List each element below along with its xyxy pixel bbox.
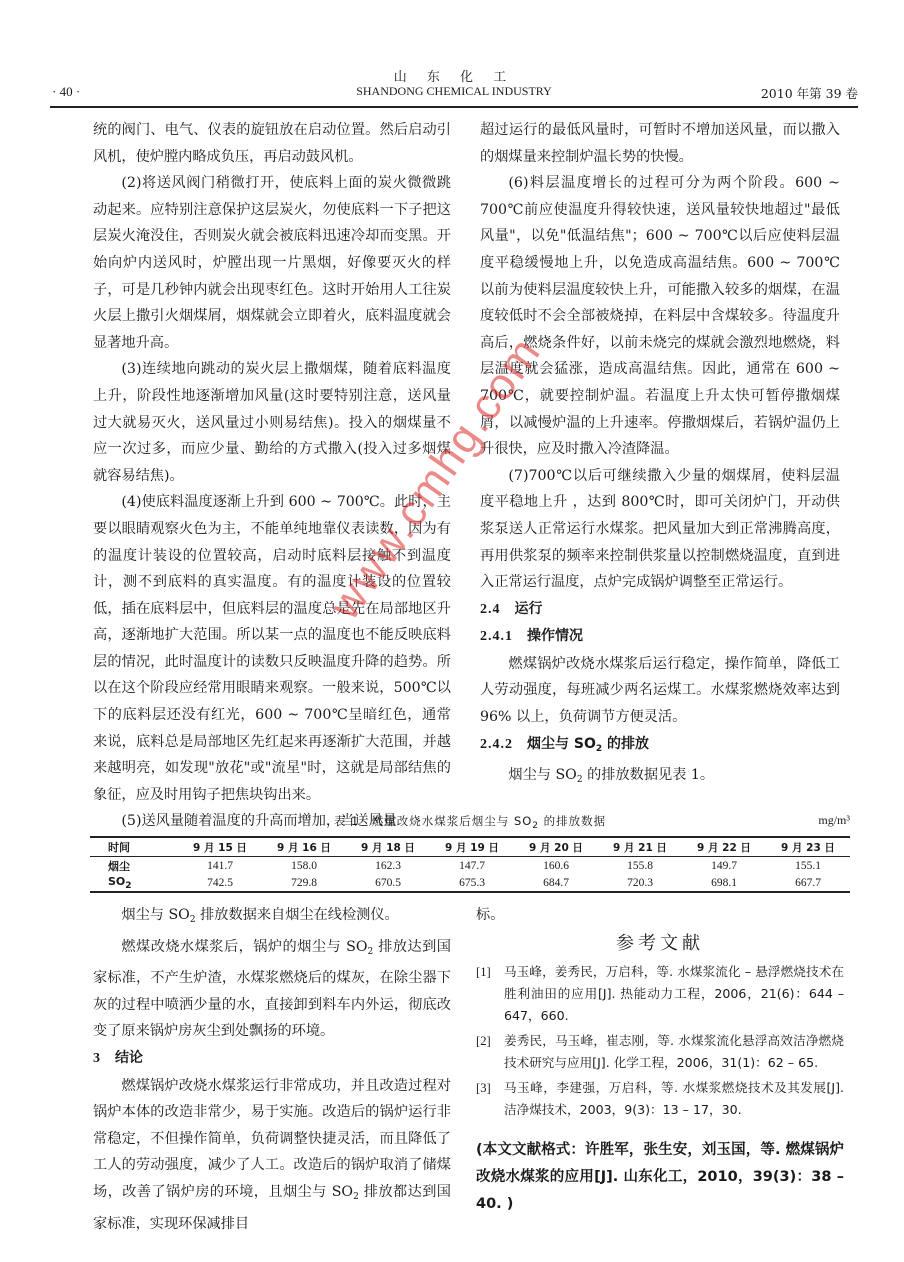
section-title-rest: 的排放 bbox=[602, 736, 649, 752]
table-cell: 155.8 bbox=[598, 857, 682, 875]
section-heading-2-4-2: 2.4.2烟尘与 SO2 的排放 bbox=[480, 731, 840, 763]
volume-info: 2010 年第 39 卷 bbox=[761, 84, 858, 102]
emission-table: 时间 9 月 15 日 9 月 16 日 9 月 18 日 9 月 19 日 9… bbox=[90, 836, 850, 893]
left-column-bottom: 烟尘与 SO2 排放数据来自烟尘在线检测仪。 燃煤改烧水煤浆后，锅炉的烟尘与 S… bbox=[93, 902, 451, 1237]
paragraph-conclusion: 燃煤锅炉改烧水煤浆运行非常成功，并且改造过程对锅炉本体的改造非常少，易于实施。改… bbox=[93, 1073, 451, 1238]
table-cell: 670.5 bbox=[346, 874, 430, 892]
paragraph-step-4: (4)使底料温度逐渐上升到 600 ~ 700℃。此时，主要以眼睛观察火色为主，… bbox=[93, 489, 451, 808]
section-title: 烟尘与 SO bbox=[527, 736, 596, 752]
paragraph-operation: 燃煤锅炉改烧水煤浆后运行稳定，操作简单，降低工人劳动强度，每班减少两名运煤工。水… bbox=[480, 651, 840, 731]
table-row: SO2 742.5 729.8 670.5 675.3 684.7 720.3 … bbox=[90, 874, 850, 892]
header-rule bbox=[50, 106, 858, 108]
text: 的排放数据 bbox=[539, 814, 606, 828]
section-title: 运行 bbox=[515, 601, 543, 617]
text: 燃煤锅炉改烧水煤浆运行非常成功，并且改造过程对锅炉本体的改造非常少，易于实施。改… bbox=[93, 1078, 451, 1200]
journal-title-cn: 山 东 化 工 bbox=[50, 66, 858, 85]
header-cell: 9 月 19 日 bbox=[430, 837, 514, 857]
paragraph: 统的阀门、电气、仪表的旋钮放在启动位置。然后启动引风机，使炉膛内略成负压，再启动… bbox=[93, 117, 451, 170]
section-number: 2.4.1 bbox=[480, 629, 513, 644]
table-cell: 149.7 bbox=[682, 857, 766, 875]
right-column-top: 超过运行的最低风量时，可暂时不增加送风量，而以撒入的烟煤量来控制炉温长势的快慢。… bbox=[480, 117, 840, 794]
text: 烟尘 bbox=[108, 860, 130, 873]
table-cell: 698.1 bbox=[682, 874, 766, 892]
paragraph: 超过运行的最低风量时，可暂时不增加送风量，而以撒入的烟煤量来控制炉温长势的快慢。 bbox=[480, 117, 840, 170]
table-cell: 158.0 bbox=[262, 857, 346, 875]
header-cell: 9 月 20 日 bbox=[514, 837, 598, 857]
paragraph-step-2: (2)将送风阀门稍微打开，使底料上面的炭火微微跳动起来。应特别注意保护这层炭火，… bbox=[93, 170, 451, 356]
table-cell: 684.7 bbox=[514, 874, 598, 892]
reference-tag: [3] bbox=[476, 1077, 491, 1099]
running-header: · 40 · 山 东 化 工 SHANDONG CHEMICAL INDUSTR… bbox=[50, 64, 858, 106]
table-row: 烟尘 141.7 158.0 162.3 147.7 160.6 155.8 1… bbox=[90, 857, 850, 875]
header-cell: 9 月 16 日 bbox=[262, 837, 346, 857]
table-cell: 155.1 bbox=[766, 857, 850, 875]
section-number: 2.4 bbox=[480, 602, 501, 617]
reference-text: 马玉峰，李建强，万启科，等. 水煤浆燃烧技术及其发展[J]. 洁净煤技术，200… bbox=[504, 1080, 844, 1117]
reference-item: [2] 姜秀民，马玉峰，崔志刚，等. 水煤浆流化悬浮高效洁净燃烧技术研究与应用[… bbox=[476, 1030, 844, 1074]
table-header-row: 时间 9 月 15 日 9 月 16 日 9 月 18 日 9 月 19 日 9… bbox=[90, 837, 850, 857]
header-cell: 9 月 22 日 bbox=[682, 837, 766, 857]
reference-text: 马玉峰，姜秀民，万启科，等. 水煤浆流化 – 悬浮燃烧技术在胜利油田的应用[J]… bbox=[504, 964, 844, 1023]
subscript: 2 bbox=[125, 881, 131, 891]
paragraph-step-6: (6)料层温度增长的过程可分为两个阶段。600 ~ 700℃前应使温度升得较快速… bbox=[480, 170, 840, 463]
table-cell: 147.7 bbox=[430, 857, 514, 875]
references-title: 参考文献 bbox=[476, 931, 844, 958]
reference-text: 姜秀民，马玉峰，崔志刚，等. 水煤浆流化悬浮高效洁净燃烧技术研究与应用[J]. … bbox=[504, 1033, 844, 1070]
row-label: 烟尘 bbox=[90, 857, 178, 875]
table-cell: 667.7 bbox=[766, 874, 850, 892]
reference-item: [3] 马玉峰，李建强，万启科，等. 水煤浆燃烧技术及其发展[J]. 洁净煤技术… bbox=[476, 1077, 844, 1121]
paragraph-data-source: 烟尘与 SO2 排放数据来自烟尘在线检测仪。 bbox=[93, 902, 451, 934]
row-label: SO2 bbox=[90, 874, 178, 892]
caption-text: 表 1 燃煤改烧水煤浆后烟尘与 SO2 的排放数据 bbox=[90, 813, 850, 831]
table-cell: 162.3 bbox=[346, 857, 430, 875]
section-number: 3 bbox=[93, 1051, 101, 1066]
text: 表 1 燃煤改烧水煤浆后烟尘与 SO bbox=[334, 814, 532, 828]
header-cell: 时间 bbox=[90, 837, 178, 857]
paragraph-result: 燃煤改烧水煤浆后，锅炉的烟尘与 SO2 排放达到国家标准，不产生炉渣，水煤浆燃烧… bbox=[93, 934, 451, 1045]
text: 燃煤改烧水煤浆后，锅炉的烟尘与 SO bbox=[121, 939, 367, 955]
header-cell: 9 月 15 日 bbox=[178, 837, 262, 857]
left-column-top: 统的阀门、电气、仪表的旋钮放在启动位置。然后启动引风机，使炉膛内略成负压，再启动… bbox=[93, 117, 451, 835]
table-cell: 141.7 bbox=[178, 857, 262, 875]
section-heading-2-4: 2.4运行 bbox=[480, 596, 840, 624]
section-heading-3: 3结论 bbox=[93, 1045, 451, 1073]
citation-format: (本文文献格式：许胜军，张生安，刘玉国，等. 燃煤锅炉改烧水煤浆的应用[J]. … bbox=[476, 1137, 844, 1218]
paragraph: 标。 bbox=[476, 902, 844, 929]
table-cell: 675.3 bbox=[430, 874, 514, 892]
paragraph-step-7: (7)700℃以后可继续撒入少量的烟煤屑，使料层温度平稳地上升 ，达到 800℃… bbox=[480, 463, 840, 596]
text: SO bbox=[108, 875, 125, 888]
header-cell: 9 月 18 日 bbox=[346, 837, 430, 857]
text: 烟尘与 SO bbox=[121, 907, 189, 923]
text: 的排放数据见表 1。 bbox=[583, 767, 715, 783]
section-title: 操作情况 bbox=[527, 628, 583, 644]
table-cell: 720.3 bbox=[598, 874, 682, 892]
table-cell: 160.6 bbox=[514, 857, 598, 875]
paragraph-step-3: (3)连续地向跳动的炭火层上撒烟煤，随着底料温度上升，阶段性地逐渐增加风量(这时… bbox=[93, 356, 451, 489]
section-heading-2-4-1: 2.4.1操作情况 bbox=[480, 623, 840, 651]
table-cell: 742.5 bbox=[178, 874, 262, 892]
header-cell: 9 月 21 日 bbox=[598, 837, 682, 857]
table-cell: 729.8 bbox=[262, 874, 346, 892]
journal-page: · 40 · 山 东 化 工 SHANDONG CHEMICAL INDUSTR… bbox=[0, 0, 904, 1262]
header-cell: 9 月 23 日 bbox=[766, 837, 850, 857]
text: 烟尘与 SO bbox=[508, 767, 576, 783]
reference-tag: [1] bbox=[476, 961, 491, 983]
table-unit: mg/m³ bbox=[818, 813, 850, 828]
text: 排放数据来自烟尘在线检测仪。 bbox=[196, 907, 399, 923]
section-title: 结论 bbox=[115, 1050, 143, 1066]
right-column-bottom: 标。 参考文献 [1] 马玉峰，姜秀民，万启科，等. 水煤浆流化 – 悬浮燃烧技… bbox=[476, 902, 844, 1233]
reference-item: [1] 马玉峰，姜秀民，万启科，等. 水煤浆流化 – 悬浮燃烧技术在胜利油田的应… bbox=[476, 961, 844, 1027]
section-number: 2.4.2 bbox=[480, 737, 513, 752]
paragraph-table-ref: 烟尘与 SO2 的排放数据见表 1。 bbox=[480, 762, 840, 794]
journal-title-en: SHANDONG CHEMICAL INDUSTRY bbox=[50, 84, 858, 99]
table-caption: 表 1 燃煤改烧水煤浆后烟尘与 SO2 的排放数据 mg/m³ bbox=[90, 813, 850, 833]
reference-tag: [2] bbox=[476, 1030, 491, 1052]
